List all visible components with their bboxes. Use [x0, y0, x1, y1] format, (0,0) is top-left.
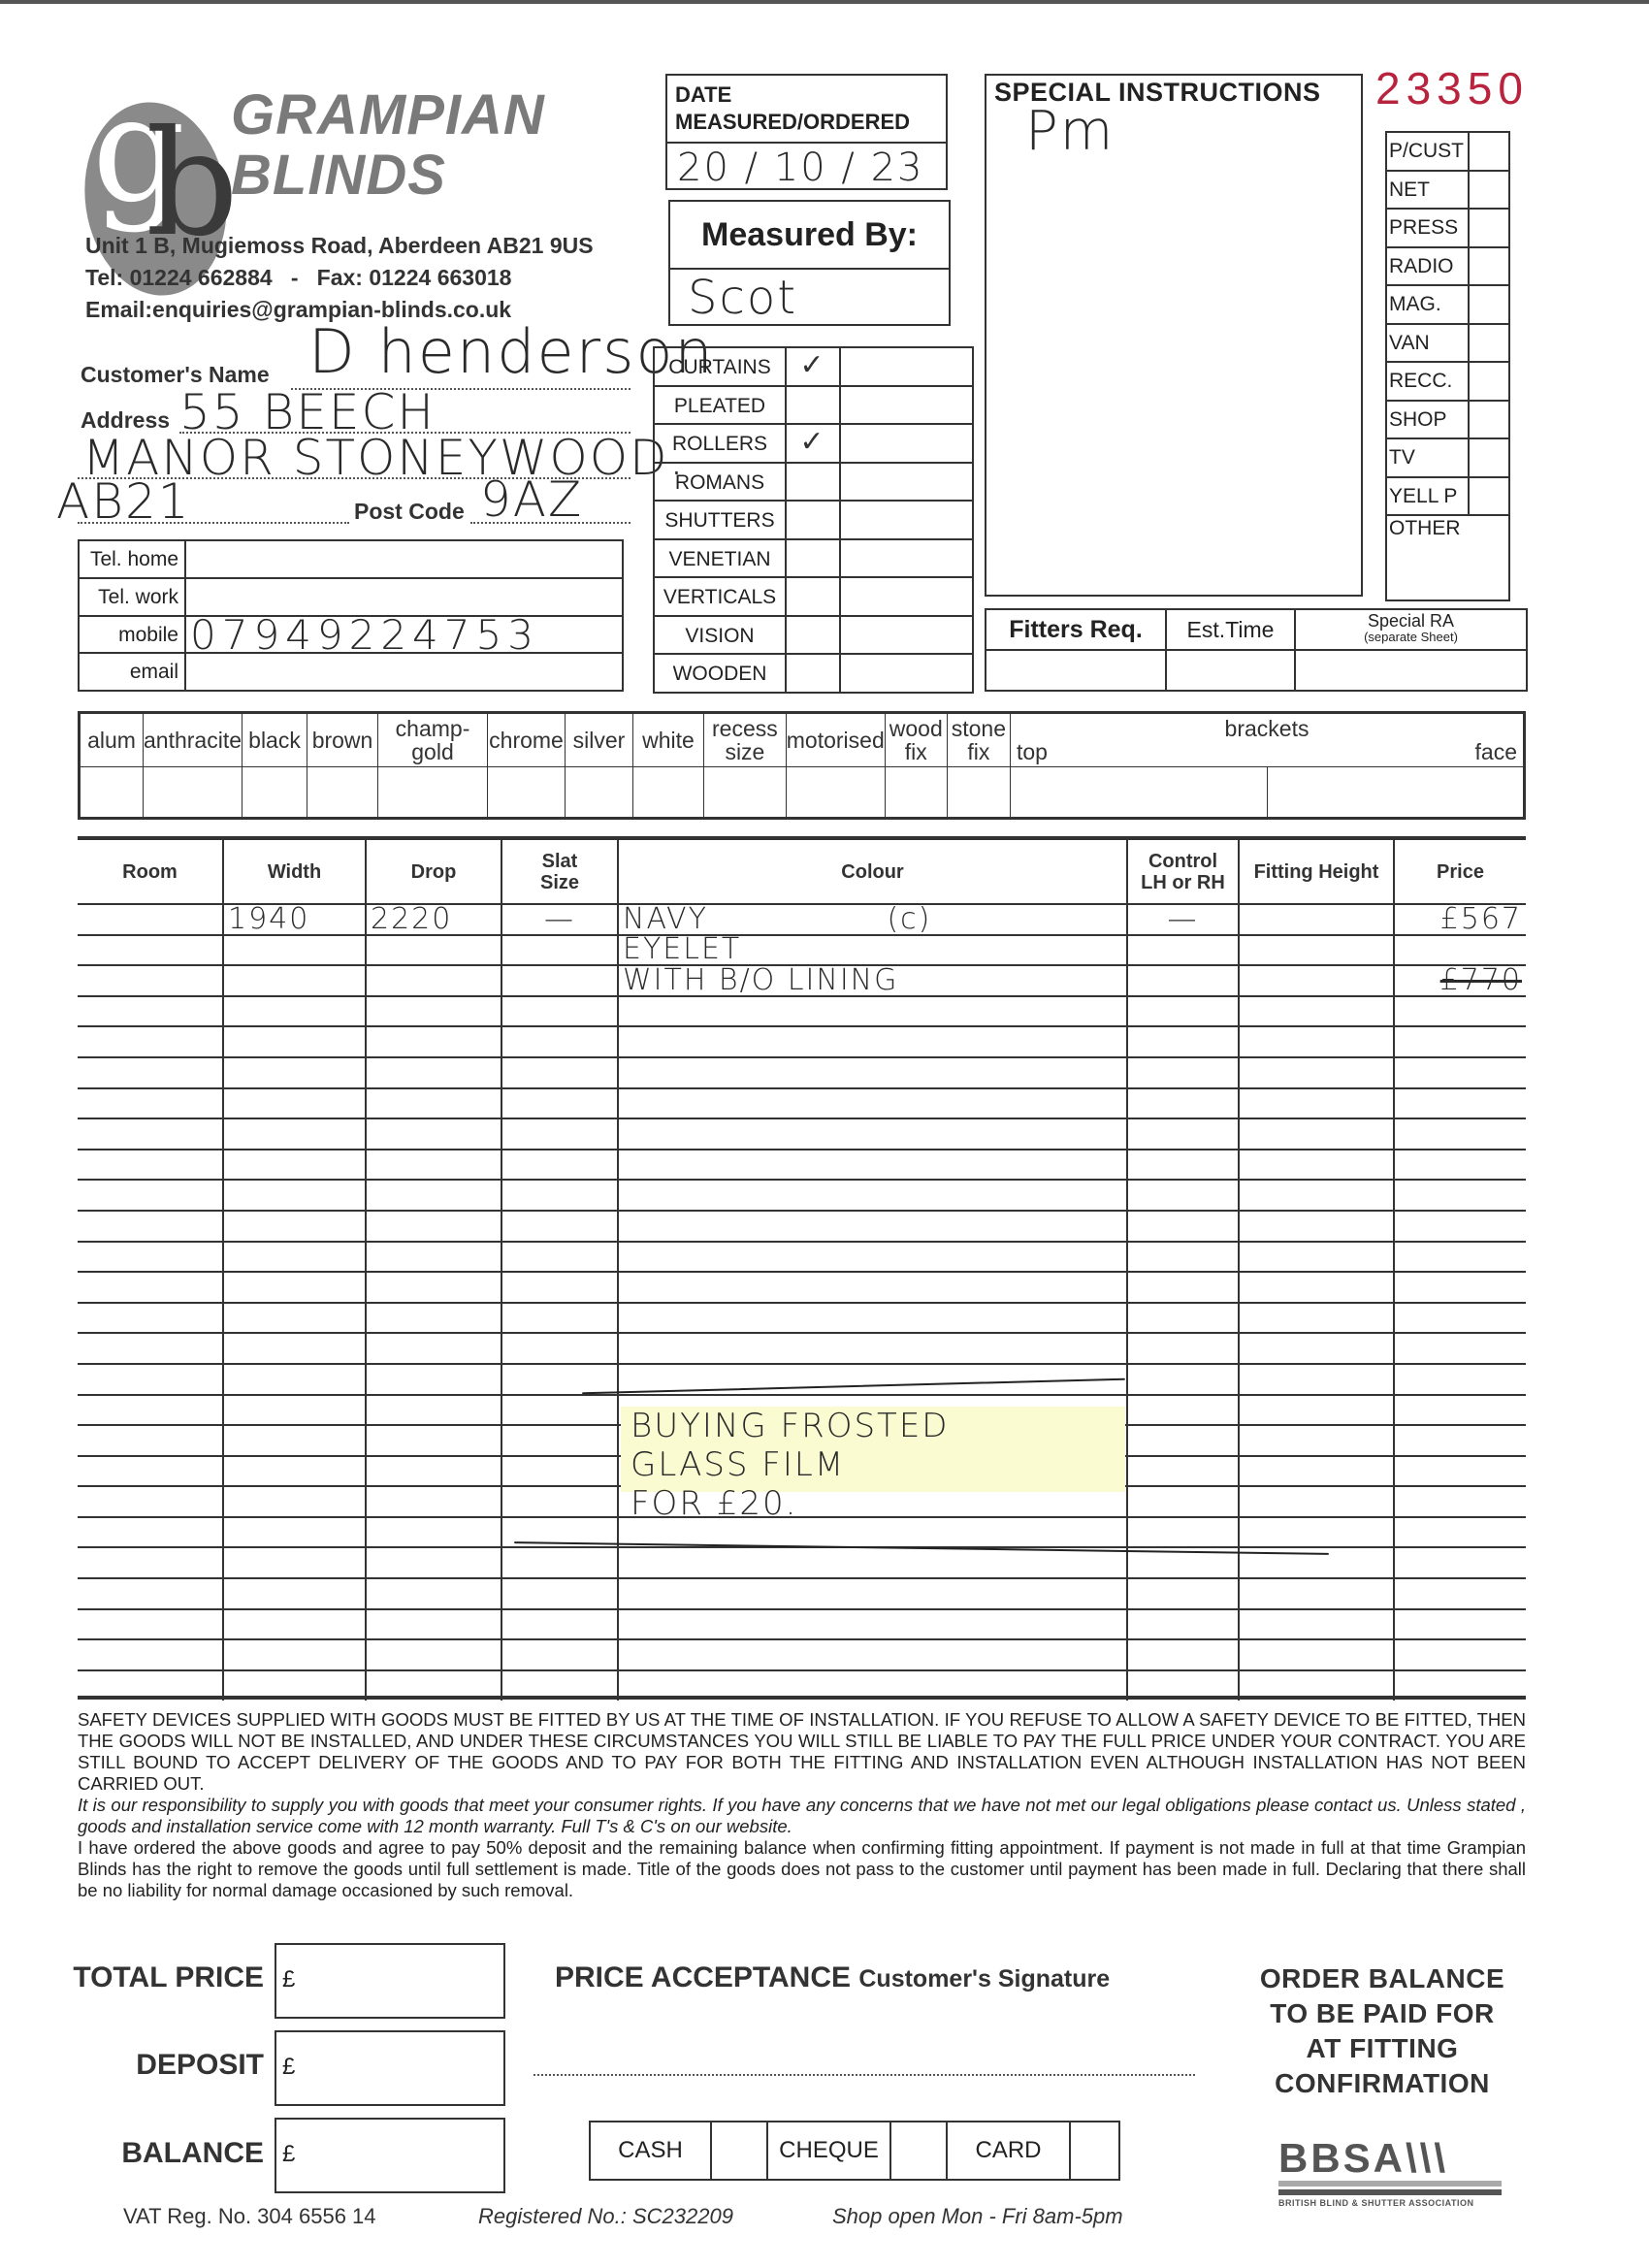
note-line-3: FOR £20.	[630, 1484, 950, 1523]
cell-control[interactable]	[1127, 1517, 1239, 1548]
cell-slat-size[interactable]	[501, 1578, 618, 1609]
cell-room[interactable]	[78, 1211, 223, 1242]
table-row	[78, 1180, 1526, 1211]
special-ra-label: Special RA(separate Sheet)	[1296, 610, 1526, 651]
fitters-req-field[interactable]	[986, 651, 1167, 690]
cell-fitting-height[interactable]	[1239, 1517, 1394, 1548]
cell-width[interactable]	[223, 1486, 366, 1517]
cell-colour[interactable]: NAVY (c)	[618, 904, 1127, 935]
cell-drop[interactable]	[366, 1395, 501, 1426]
cell-price[interactable]	[1394, 1211, 1526, 1242]
tel-home-field[interactable]	[186, 541, 622, 577]
cell-drop[interactable]	[366, 1486, 501, 1517]
source-checkbox[interactable]	[1470, 172, 1508, 209]
est-time-field[interactable]	[1167, 651, 1296, 690]
cell-fitting-height[interactable]	[1239, 1609, 1394, 1640]
cell-width[interactable]	[223, 1242, 366, 1273]
cell-slat-size[interactable]	[501, 1333, 618, 1364]
cell-slat-size[interactable]	[501, 1150, 618, 1181]
cell-price[interactable]	[1394, 1057, 1526, 1088]
cell-width[interactable]	[223, 1609, 366, 1640]
cell-fitting-height[interactable]	[1239, 965, 1394, 996]
company-name-line2: BLINDS	[231, 146, 545, 206]
cell-width[interactable]	[223, 1456, 366, 1487]
cell-colour[interactable]	[618, 1118, 1127, 1150]
order-lines-table: Room Width Drop Slat Size Colour Control…	[78, 836, 1526, 1700]
cell-width[interactable]	[223, 1118, 366, 1150]
cell-control[interactable]	[1127, 1242, 1239, 1273]
cell-room[interactable]	[78, 1303, 223, 1334]
finish-cell-black[interactable]	[242, 767, 307, 818]
cell-room[interactable]	[78, 996, 223, 1027]
cell-price[interactable]	[1394, 1333, 1526, 1364]
product-checkbox[interactable]: ✓	[787, 425, 841, 462]
contact-table: Tel. home Tel. work mobile07949224753 em…	[78, 539, 624, 692]
cell-width[interactable]	[223, 996, 366, 1027]
product-checkbox[interactable]	[787, 540, 841, 577]
cell-slat-size[interactable]	[501, 1303, 618, 1334]
product-note-field[interactable]	[841, 502, 972, 538]
table-row	[78, 1303, 1526, 1334]
cell-width[interactable]	[223, 1303, 366, 1334]
source-row[interactable]: SHOP	[1387, 402, 1508, 440]
cell-fitting-height[interactable]	[1239, 1670, 1394, 1701]
cell-slat-size[interactable]	[501, 1456, 618, 1487]
cell-room[interactable]	[78, 1150, 223, 1181]
cell-room[interactable]	[78, 1486, 223, 1517]
cell-fitting-height[interactable]	[1239, 1150, 1394, 1181]
cell-fitting-height[interactable]	[1239, 904, 1394, 935]
cell-room[interactable]	[78, 1425, 223, 1456]
cell-colour[interactable]	[618, 1578, 1127, 1609]
cell-slat-size[interactable]	[501, 1639, 618, 1670]
finish-cell-silver[interactable]	[566, 767, 633, 818]
cell-drop[interactable]	[366, 1150, 501, 1181]
cell-room[interactable]	[78, 1395, 223, 1426]
cell-fitting-height[interactable]	[1239, 1242, 1394, 1273]
finish-cell-anthracite[interactable]	[144, 767, 242, 818]
source-row[interactable]: RECC.	[1387, 363, 1508, 402]
cell-colour[interactable]	[618, 1639, 1127, 1670]
cell-width[interactable]	[223, 1026, 366, 1057]
cell-width[interactable]	[223, 1088, 366, 1119]
cell-control[interactable]	[1127, 1026, 1239, 1057]
measured-by-box: Measured By: Scot	[668, 200, 951, 326]
cell-fitting-height[interactable]	[1239, 1211, 1394, 1242]
cell-room[interactable]	[78, 1609, 223, 1640]
cell-price[interactable]	[1394, 1118, 1526, 1150]
cell-price[interactable]	[1394, 1364, 1526, 1395]
source-checkbox[interactable]	[1470, 363, 1508, 400]
cell-colour[interactable]	[618, 1180, 1127, 1211]
product-note-field[interactable]	[841, 655, 972, 694]
tel-home-label: Tel. home	[80, 541, 186, 577]
product-label: SHUTTERS	[655, 502, 787, 538]
deposit-field[interactable]: £	[275, 2030, 505, 2106]
cell-drop[interactable]	[366, 1609, 501, 1640]
cell-control[interactable]	[1127, 1395, 1239, 1426]
cell-colour[interactable]	[618, 1026, 1127, 1057]
source-row[interactable]: NET	[1387, 172, 1508, 211]
cell-control[interactable]: —	[1127, 904, 1239, 935]
cell-control[interactable]	[1127, 1456, 1239, 1487]
cell-drop[interactable]	[366, 1333, 501, 1364]
source-checkbox[interactable]	[1470, 248, 1508, 285]
cell-control[interactable]	[1127, 1486, 1239, 1517]
mobile-field[interactable]: 07949224753	[186, 617, 622, 653]
source-row[interactable]: MAG.	[1387, 286, 1508, 325]
product-checkbox[interactable]: ✓	[787, 348, 841, 385]
table-row	[78, 1057, 1526, 1088]
source-row[interactable]: P/CUST	[1387, 133, 1508, 172]
source-checkbox[interactable]	[1470, 402, 1508, 438]
cell-control[interactable]	[1127, 965, 1239, 996]
cell-control[interactable]	[1127, 996, 1239, 1027]
cell-drop[interactable]: 2220	[366, 904, 501, 935]
product-checkbox[interactable]	[787, 578, 841, 615]
cell-width[interactable]	[223, 1057, 366, 1088]
cell-width[interactable]	[223, 935, 366, 966]
cell-control[interactable]	[1127, 1670, 1239, 1701]
product-checkbox[interactable]	[787, 655, 841, 694]
cell-colour[interactable]	[618, 1057, 1127, 1088]
cell-drop[interactable]	[366, 1272, 501, 1303]
cell-price[interactable]: £770	[1394, 965, 1526, 996]
cell-slat-size[interactable]	[501, 1211, 618, 1242]
cell-drop[interactable]	[366, 1242, 501, 1273]
cell-drop[interactable]	[366, 1547, 501, 1578]
cell-width[interactable]	[223, 1211, 366, 1242]
cell-price[interactable]	[1394, 1578, 1526, 1609]
product-note-field[interactable]	[841, 425, 972, 462]
cell-drop[interactable]	[366, 965, 501, 996]
balance-field[interactable]: £	[275, 2118, 505, 2193]
cell-price[interactable]	[1394, 1303, 1526, 1334]
product-row-verticals: VERTICALS	[655, 578, 972, 617]
cell-width[interactable]	[223, 1272, 366, 1303]
source-checkbox[interactable]	[1470, 133, 1508, 170]
brackets-sublabels: topface	[1011, 740, 1523, 763]
product-checkbox[interactable]	[787, 387, 841, 424]
finish-cell-brown[interactable]	[307, 767, 378, 818]
cell-fitting-height[interactable]	[1239, 1180, 1394, 1211]
cell-price[interactable]	[1394, 1517, 1526, 1548]
cell-drop[interactable]	[366, 1364, 501, 1395]
cell-room[interactable]	[78, 1517, 223, 1548]
cell-slat-size[interactable]	[501, 1486, 618, 1517]
cell-price[interactable]: £567	[1394, 904, 1526, 935]
cell-control[interactable]	[1127, 1211, 1239, 1242]
cell-colour[interactable]	[618, 1150, 1127, 1181]
cell-colour[interactable]	[618, 996, 1127, 1027]
source-row[interactable]: VAN	[1387, 325, 1508, 364]
special-ra-field[interactable]	[1296, 651, 1526, 690]
cell-width[interactable]	[223, 1517, 366, 1548]
cell-price[interactable]	[1394, 1272, 1526, 1303]
source-checkbox[interactable]	[1470, 286, 1508, 323]
cell-drop[interactable]	[366, 935, 501, 966]
cell-colour[interactable]	[618, 1088, 1127, 1119]
tel-work-field[interactable]	[186, 579, 622, 615]
cell-width[interactable]: 1940	[223, 904, 366, 935]
cell-colour[interactable]	[618, 1547, 1127, 1578]
cell-width[interactable]	[223, 1670, 366, 1701]
cell-room[interactable]	[78, 1639, 223, 1670]
cell-fitting-height[interactable]	[1239, 1088, 1394, 1119]
cell-drop[interactable]	[366, 1670, 501, 1701]
cell-width[interactable]	[223, 1364, 366, 1395]
cell-room[interactable]	[78, 1578, 223, 1609]
cell-price[interactable]	[1394, 1639, 1526, 1670]
cell-slat-size[interactable]	[501, 1609, 618, 1640]
cell-drop[interactable]	[366, 1517, 501, 1548]
cell-control[interactable]	[1127, 1609, 1239, 1640]
source-other-field[interactable]: OTHER	[1387, 516, 1508, 541]
cell-fitting-height[interactable]	[1239, 1456, 1394, 1487]
cell-slat-size[interactable]: —	[501, 904, 618, 935]
cell-slat-size[interactable]	[501, 1242, 618, 1273]
source-checkbox[interactable]	[1470, 210, 1508, 246]
cell-drop[interactable]	[366, 1088, 501, 1119]
cell-slat-size[interactable]	[501, 1057, 618, 1088]
cell-price[interactable]	[1394, 1180, 1526, 1211]
finish-cell-white[interactable]	[633, 767, 704, 818]
cell-price[interactable]	[1394, 1150, 1526, 1181]
cell-width[interactable]	[223, 1180, 366, 1211]
product-note-field[interactable]	[841, 387, 972, 424]
source-checkbox[interactable]	[1470, 478, 1508, 515]
cell-price[interactable]	[1394, 1547, 1526, 1578]
table-row	[78, 1211, 1526, 1242]
cell-room[interactable]	[78, 1547, 223, 1578]
column-header-fitting-height: Fitting Height	[1239, 840, 1394, 904]
cell-colour[interactable]	[618, 1609, 1127, 1640]
cell-slat-size[interactable]	[501, 1026, 618, 1057]
product-note-field[interactable]	[841, 540, 972, 577]
cell-price[interactable]	[1394, 1609, 1526, 1640]
cell-room[interactable]	[78, 965, 223, 996]
cell-fitting-height[interactable]	[1239, 1364, 1394, 1395]
brackets-label: brackets	[1011, 717, 1523, 740]
cell-slat-size[interactable]	[501, 996, 618, 1027]
cell-fitting-height[interactable]	[1239, 1272, 1394, 1303]
cell-fitting-height[interactable]	[1239, 1118, 1394, 1150]
cell-width[interactable]	[223, 1150, 366, 1181]
cell-colour[interactable]	[618, 1272, 1127, 1303]
product-checkbox[interactable]	[787, 502, 841, 538]
cell-colour[interactable]	[618, 1333, 1127, 1364]
cell-room[interactable]	[78, 1272, 223, 1303]
product-note-field[interactable]	[841, 617, 972, 654]
cell-price[interactable]	[1394, 935, 1526, 966]
cell-fitting-height[interactable]	[1239, 1303, 1394, 1334]
safety-notice: SAFETY DEVICES SUPPLIED WITH GOODS MUST …	[78, 1709, 1526, 1795]
cell-control[interactable]	[1127, 1118, 1239, 1150]
cell-slat-size[interactable]	[501, 1118, 618, 1150]
date-label-line1: DATE	[675, 81, 938, 109]
cell-slat-size[interactable]	[501, 1425, 618, 1456]
cell-room[interactable]	[78, 1242, 223, 1273]
cell-price[interactable]	[1394, 1026, 1526, 1057]
cell-width[interactable]	[223, 1639, 366, 1670]
email-field[interactable]	[186, 654, 622, 692]
cell-fitting-height[interactable]	[1239, 1639, 1394, 1670]
cell-colour[interactable]	[618, 1211, 1127, 1242]
cell-fitting-height[interactable]	[1239, 1486, 1394, 1517]
column-header-price: Price	[1394, 840, 1526, 904]
cell-width[interactable]	[223, 1425, 366, 1456]
customer-signature-field[interactable]	[533, 2074, 1195, 2076]
cell-drop[interactable]	[366, 996, 501, 1027]
cell-room[interactable]	[78, 1333, 223, 1364]
finish-cell-recess-size[interactable]	[704, 767, 787, 818]
cell-control[interactable]	[1127, 1364, 1239, 1395]
cell-colour[interactable]	[618, 1303, 1127, 1334]
finish-cell-chrome[interactable]	[488, 767, 566, 818]
cell-drop[interactable]	[366, 1639, 501, 1670]
postcode-field[interactable]: 9AZ	[480, 475, 583, 524]
source-label: MAG.	[1387, 286, 1470, 323]
cell-control[interactable]	[1127, 935, 1239, 966]
cell-drop[interactable]	[366, 1057, 501, 1088]
cell-room[interactable]	[78, 904, 223, 935]
cell-width[interactable]	[223, 1578, 366, 1609]
date-label-line2: MEASURED/ORDERED	[675, 109, 938, 136]
product-checkbox[interactable]	[787, 617, 841, 654]
finish-cell-wood-fix[interactable]	[885, 767, 947, 818]
cell-price[interactable]	[1394, 996, 1526, 1027]
cell-fitting-height[interactable]	[1239, 1425, 1394, 1456]
cell-room[interactable]	[78, 1670, 223, 1701]
source-row[interactable]: TV	[1387, 439, 1508, 478]
cell-colour[interactable]	[618, 1670, 1127, 1701]
finish-cell-brackets-face[interactable]	[1267, 767, 1524, 818]
cell-price[interactable]	[1394, 1242, 1526, 1273]
cell-price[interactable]	[1394, 1486, 1526, 1517]
finish-cell-brackets-top[interactable]	[1011, 767, 1268, 818]
cell-room[interactable]	[78, 935, 223, 966]
cell-room[interactable]	[78, 1364, 223, 1395]
cell-room[interactable]	[78, 1057, 223, 1088]
cell-room[interactable]	[78, 1088, 223, 1119]
cell-colour[interactable]: WITH B/O LINING	[618, 965, 1127, 996]
source-label: P/CUST	[1387, 133, 1470, 170]
cell-fitting-height[interactable]	[1239, 996, 1394, 1027]
cell-slat-size[interactable]	[501, 935, 618, 966]
special-instructions-field[interactable]: Pm	[986, 100, 1361, 163]
source-row[interactable]: YELL P	[1387, 478, 1508, 517]
cell-width[interactable]	[223, 1547, 366, 1578]
cell-colour[interactable]	[618, 1242, 1127, 1273]
total-price-field[interactable]: £	[275, 1943, 505, 2019]
cell-fitting-height[interactable]	[1239, 1395, 1394, 1426]
cell-slat-size[interactable]	[501, 1364, 618, 1395]
cell-room[interactable]	[78, 1456, 223, 1487]
cell-fitting-height[interactable]	[1239, 935, 1394, 966]
cell-control[interactable]	[1127, 1150, 1239, 1181]
cell-drop[interactable]	[366, 1425, 501, 1456]
bbsa-bar-dark	[1278, 2189, 1502, 2195]
cell-drop[interactable]	[366, 1211, 501, 1242]
product-note-field[interactable]	[841, 578, 972, 615]
cell-price[interactable]	[1394, 1425, 1526, 1456]
finish-cell-stone-fix[interactable]	[947, 767, 1010, 818]
cell-slat-size[interactable]	[501, 1272, 618, 1303]
finish-cell-alum[interactable]	[81, 767, 144, 818]
cell-fitting-height[interactable]	[1239, 1578, 1394, 1609]
cell-price[interactable]	[1394, 1670, 1526, 1701]
pound-sign: £	[282, 1966, 295, 1993]
source-checkbox[interactable]	[1470, 439, 1508, 476]
finish-cell-champ-gold[interactable]	[378, 767, 488, 818]
cell-width[interactable]	[223, 1395, 366, 1426]
source-label: YELL P	[1387, 478, 1470, 515]
payment-cash-checkbox[interactable]	[712, 2122, 768, 2179]
source-row[interactable]: RADIO	[1387, 248, 1508, 287]
payment-cheque-label: CHEQUE	[768, 2122, 891, 2179]
payment-card-checkbox[interactable]	[1071, 2122, 1118, 2179]
cell-room[interactable]	[78, 1118, 223, 1150]
cell-control[interactable]	[1127, 1088, 1239, 1119]
product-note-field[interactable]	[841, 464, 972, 501]
cell-price[interactable]	[1394, 1456, 1526, 1487]
cell-control[interactable]	[1127, 1639, 1239, 1670]
cell-fitting-height[interactable]	[1239, 1057, 1394, 1088]
date-field[interactable]: 20 / 10 / 23	[667, 144, 946, 192]
cell-control[interactable]	[1127, 1578, 1239, 1609]
cell-colour[interactable]: EYELET	[618, 935, 1127, 966]
cell-control[interactable]	[1127, 1303, 1239, 1334]
cell-slat-size[interactable]	[501, 1180, 618, 1211]
cell-room[interactable]	[78, 1026, 223, 1057]
cell-price[interactable]	[1394, 1395, 1526, 1426]
finish-cell-motorised[interactable]	[786, 767, 885, 818]
cell-control[interactable]	[1127, 1333, 1239, 1364]
cell-width[interactable]	[223, 965, 366, 996]
cell-control[interactable]	[1127, 1180, 1239, 1211]
cell-slat-size[interactable]	[501, 1547, 618, 1578]
payment-cheque-checkbox[interactable]	[891, 2122, 948, 2179]
cell-fitting-height[interactable]	[1239, 1333, 1394, 1364]
cell-control[interactable]	[1127, 1272, 1239, 1303]
cell-slat-size[interactable]	[501, 1670, 618, 1701]
cell-drop[interactable]	[366, 1118, 501, 1150]
cell-price[interactable]	[1394, 1088, 1526, 1119]
source-row[interactable]: PRESS	[1387, 210, 1508, 248]
cell-drop[interactable]	[366, 1026, 501, 1057]
table-row	[78, 1026, 1526, 1057]
cell-slat-size[interactable]	[501, 965, 618, 996]
handwritten-note: BUYING FROSTED GLASS FILM FOR £20.	[630, 1407, 950, 1523]
cell-width[interactable]	[223, 1333, 366, 1364]
address-field-3[interactable]: AB21	[56, 477, 191, 526]
product-note-field[interactable]	[841, 348, 972, 385]
cell-drop[interactable]	[366, 1578, 501, 1609]
cell-room[interactable]	[78, 1180, 223, 1211]
cell-control[interactable]	[1127, 1425, 1239, 1456]
cell-control[interactable]	[1127, 1057, 1239, 1088]
cell-slat-size[interactable]	[501, 1395, 618, 1426]
cell-slat-size[interactable]	[501, 1088, 618, 1119]
cell-drop[interactable]	[366, 1180, 501, 1211]
cell-drop[interactable]	[366, 1303, 501, 1334]
cell-fitting-height[interactable]	[1239, 1026, 1394, 1057]
finish-header-chrome: chrome	[488, 714, 566, 767]
product-checkbox[interactable]	[787, 464, 841, 501]
source-checkbox[interactable]	[1470, 325, 1508, 362]
notice-line-1: ORDER BALANCE	[1232, 1961, 1533, 1996]
cell-drop[interactable]	[366, 1456, 501, 1487]
